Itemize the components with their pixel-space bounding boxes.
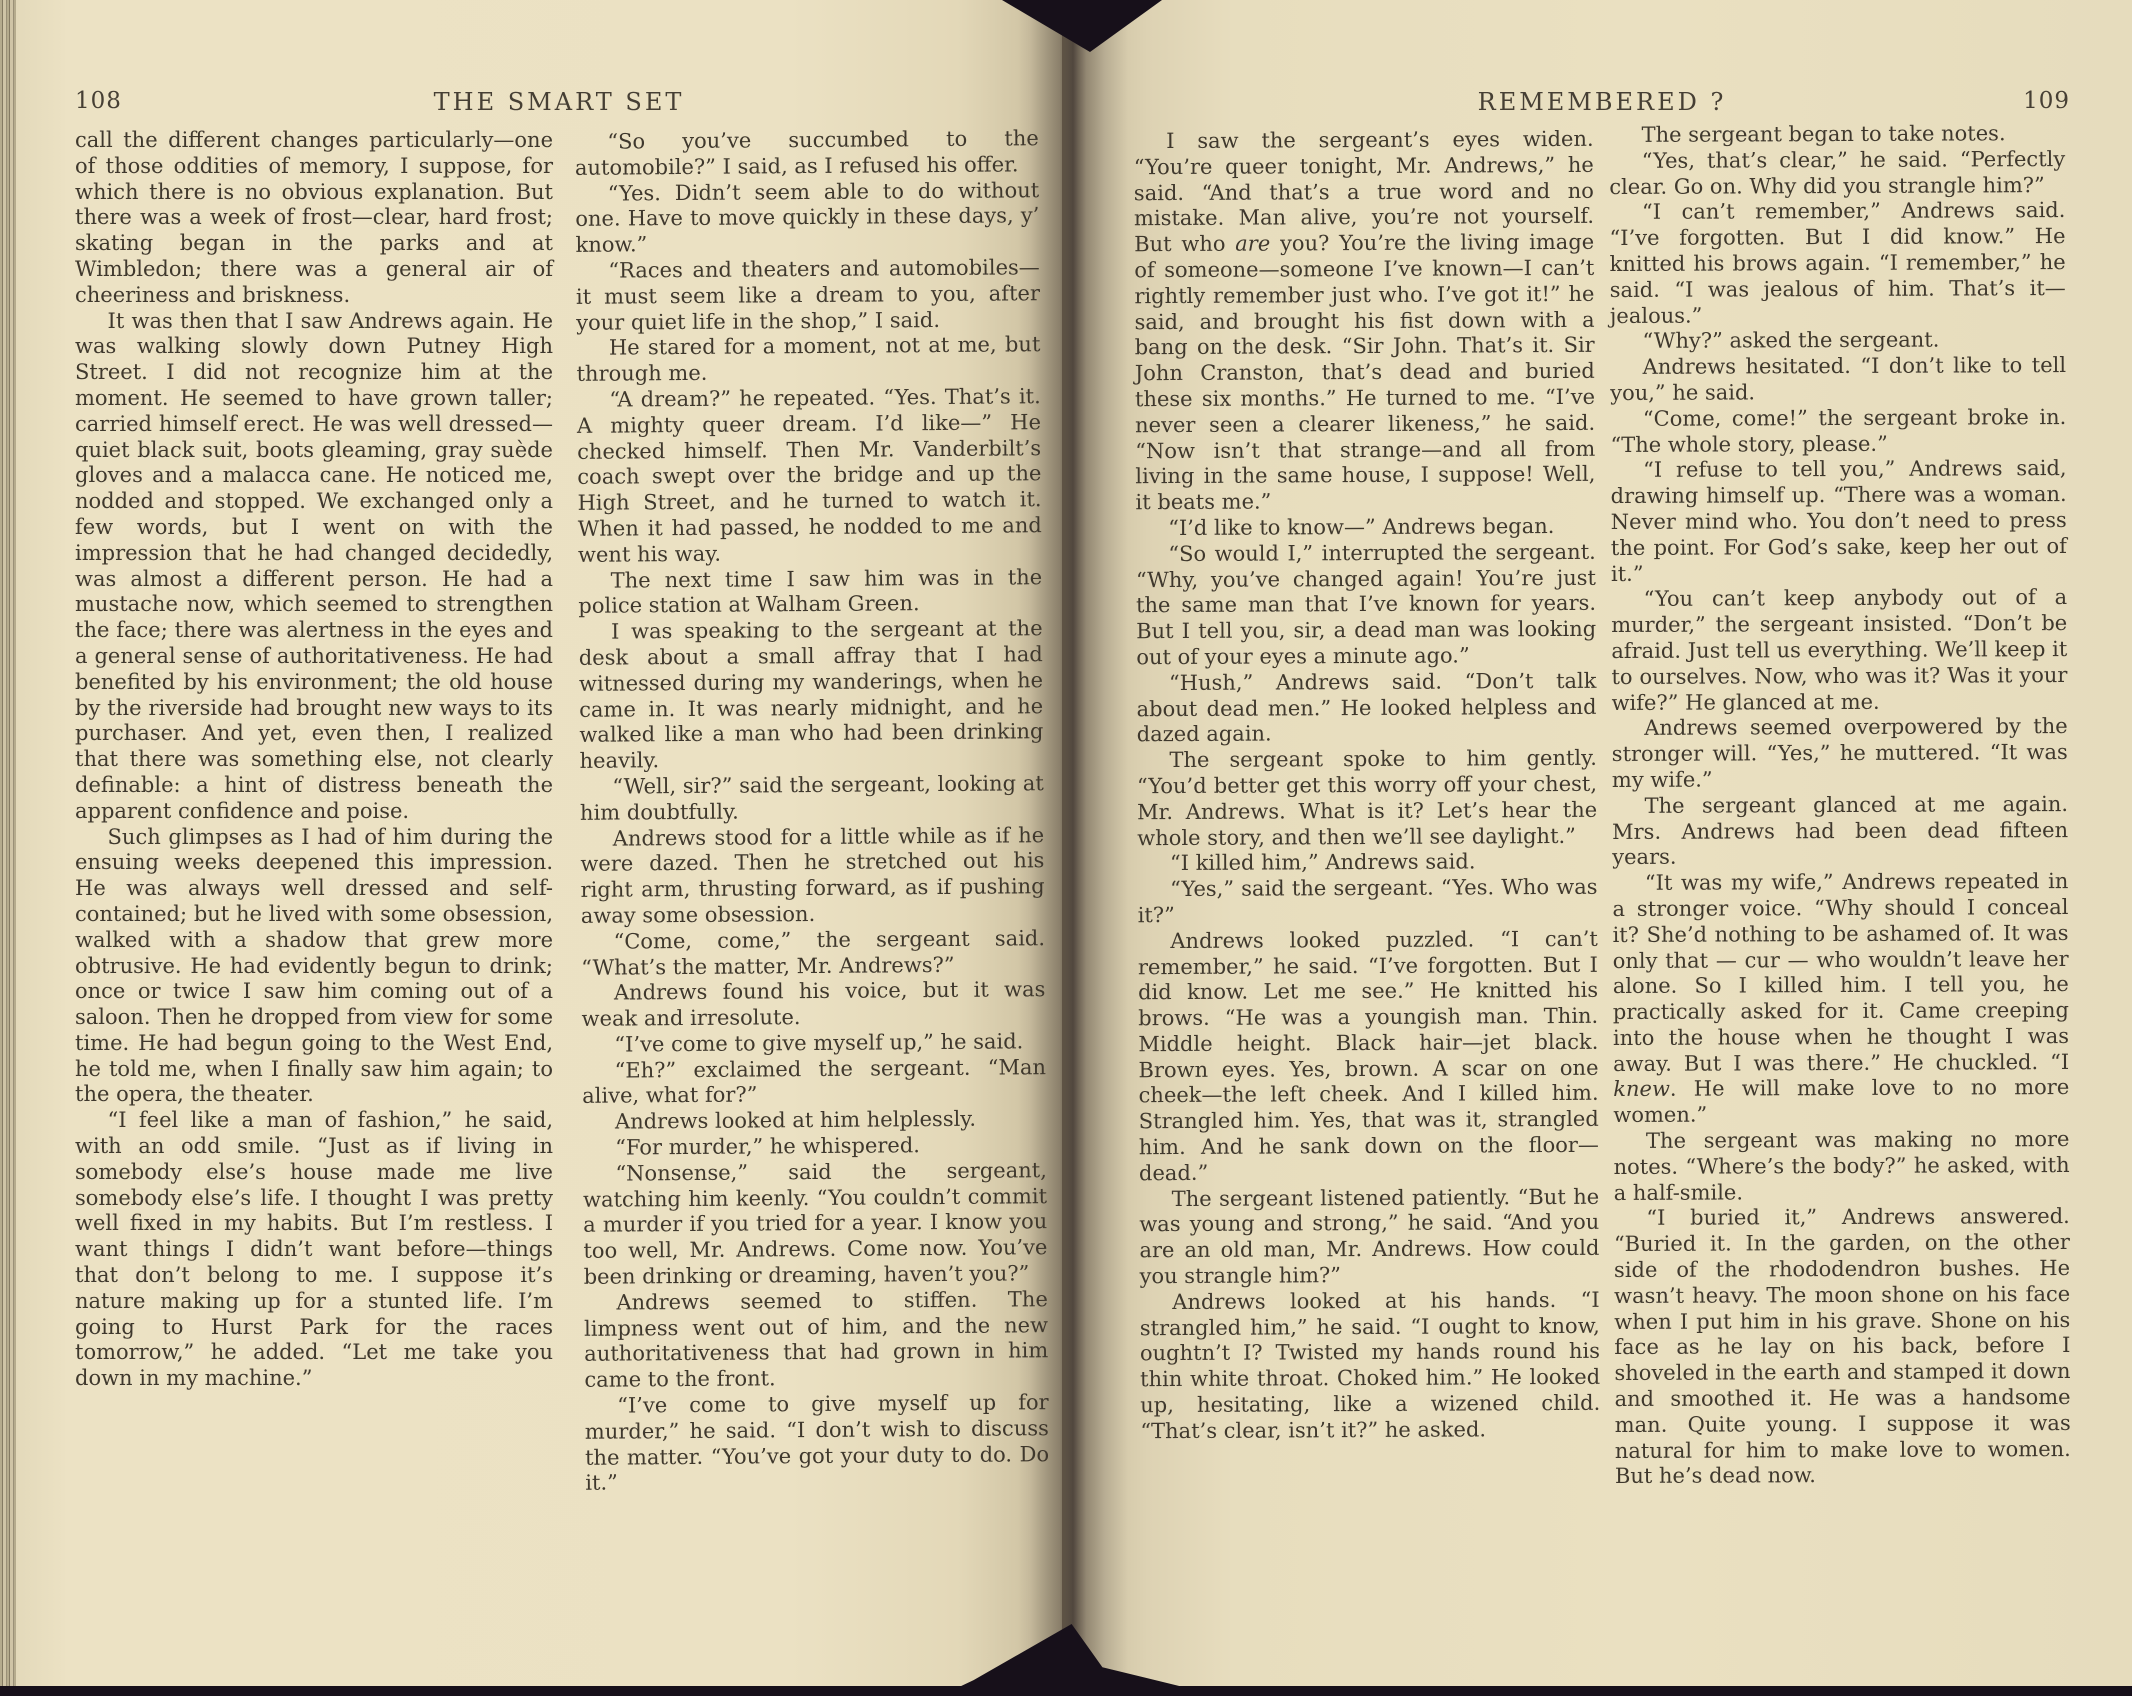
text-column-109-2: The sergeant began to take notes.“Yes, t… xyxy=(1609,121,2071,1490)
paragraph: Andrews looked at him helplessly. xyxy=(582,1106,1046,1135)
paragraph: “Why?” asked the sergeant. xyxy=(1610,327,2066,355)
page-number-right: 109 xyxy=(1980,88,2070,114)
paragraph: “So would I,” interrupted the sergeant. … xyxy=(1136,540,1597,671)
paragraph: Andrews looked puzzled. “I can’t remembe… xyxy=(1138,926,1599,1186)
paragraph: “Eh?” exclaimed the sergeant. “Man alive… xyxy=(582,1055,1046,1110)
paragraph: “I’ve come to give myself up for murder,… xyxy=(585,1390,1050,1497)
paragraph: I was speaking to the sergeant at the de… xyxy=(578,616,1043,774)
paragraph: He stared for a moment, not at me, but t… xyxy=(576,333,1040,388)
paragraph: The sergeant was making no more notes. “… xyxy=(1613,1127,2069,1206)
paragraph: Andrews seemed to stiffen. The limpness … xyxy=(584,1287,1049,1394)
paragraph: Andrews stood for a little while as if h… xyxy=(580,823,1045,930)
paragraph: It was then that I saw Andrews again. He… xyxy=(75,309,553,825)
text-column-108-1: call the different changes particularly—… xyxy=(75,128,553,1392)
paragraph: “So you’ve succumbed to the automobile?”… xyxy=(575,126,1039,181)
paragraph: “I’d like to know—” Andrews began. xyxy=(1136,514,1596,542)
paragraph: “Hush,” Andrews said. “Don’t talk about … xyxy=(1136,669,1596,749)
paragraph: The sergeant spoke to him gently. “You’d… xyxy=(1137,746,1598,852)
paragraph: “Yes,” said the sergeant. “Yes. Who was … xyxy=(1137,875,1597,929)
paragraph: “I’ve come to give myself up,” he said. xyxy=(582,1029,1046,1058)
text-column-109-1: I saw the sergeant’s eyes widen. “You’re… xyxy=(1134,127,1601,1445)
paragraph: “It was my wife,” Andrews repeated in a … xyxy=(1612,869,2069,1129)
paragraph: “I refuse to tell you,” Andrews said, dr… xyxy=(1610,456,2067,587)
paragraph: “I can’t remember,” Andrews said. “I’ve … xyxy=(1609,198,2066,329)
paragraph: “I feel like a man of fashion,” he said,… xyxy=(75,1108,553,1392)
paragraph: “Come, come!” the sergeant broke in. “Th… xyxy=(1610,405,2066,459)
paragraph: Such glimpses as I had of him during the… xyxy=(75,825,553,1109)
paragraph: The sergeant glanced at me again. Mrs. A… xyxy=(1612,792,2068,871)
paragraph: “A dream?” he repeated. “Yes. That’s it.… xyxy=(577,384,1042,568)
paragraph: “Come, come,” the sergeant said. “What’s… xyxy=(581,926,1045,981)
paragraph: “Yes, that’s clear,” he said. “Perfectly… xyxy=(1609,147,2065,201)
paragraph: “Well, sir?” said the sergeant, looking … xyxy=(580,771,1044,826)
bottom-edge xyxy=(0,1686,2132,1696)
paragraph: “Races and theaters and automobiles—it m… xyxy=(576,255,1041,336)
running-title-left: THE SMART SET xyxy=(75,88,1043,116)
paragraph: The sergeant listened patiently. “But he… xyxy=(1139,1184,1600,1290)
book-scan: 108 THE SMART SET REMEMBERED ? 109 call … xyxy=(0,0,2132,1696)
running-title-right: REMEMBERED ? xyxy=(1137,88,2067,116)
paragraph: “I killed him,” Andrews said. xyxy=(1137,849,1597,877)
text-column-108-2: “So you’ve succumbed to the automobile?”… xyxy=(575,126,1050,1497)
paragraph: “I buried it,” Andrews answered. “Buried… xyxy=(1614,1204,2071,1490)
paragraph: “Yes. Didn’t seem able to do without one… xyxy=(575,178,1040,259)
paragraph: “Nonsense,” said the sergeant, watching … xyxy=(583,1158,1048,1291)
paragraph: Andrews hesitated. “I don’t like to tell… xyxy=(1610,353,2066,407)
paragraph: The next time I saw him was in the polic… xyxy=(578,565,1042,620)
paragraph: The sergeant began to take notes. xyxy=(1609,121,2065,149)
paragraph: “You can’t keep anybody out of a murder,… xyxy=(1611,585,2068,716)
paragraph: “For murder,” he whispered. xyxy=(583,1132,1047,1161)
paragraph: Andrews seemed overpowered by the strong… xyxy=(1612,714,2068,793)
paragraph: I saw the sergeant’s eyes widen. “You’re… xyxy=(1134,127,1596,516)
stacked-page-edges xyxy=(0,0,16,1690)
paragraph: Andrews looked at his hands. “I strangle… xyxy=(1140,1288,1601,1445)
paragraph: Andrews found his voice, but it was weak… xyxy=(581,977,1045,1032)
paragraph: call the different changes particularly—… xyxy=(75,128,553,309)
